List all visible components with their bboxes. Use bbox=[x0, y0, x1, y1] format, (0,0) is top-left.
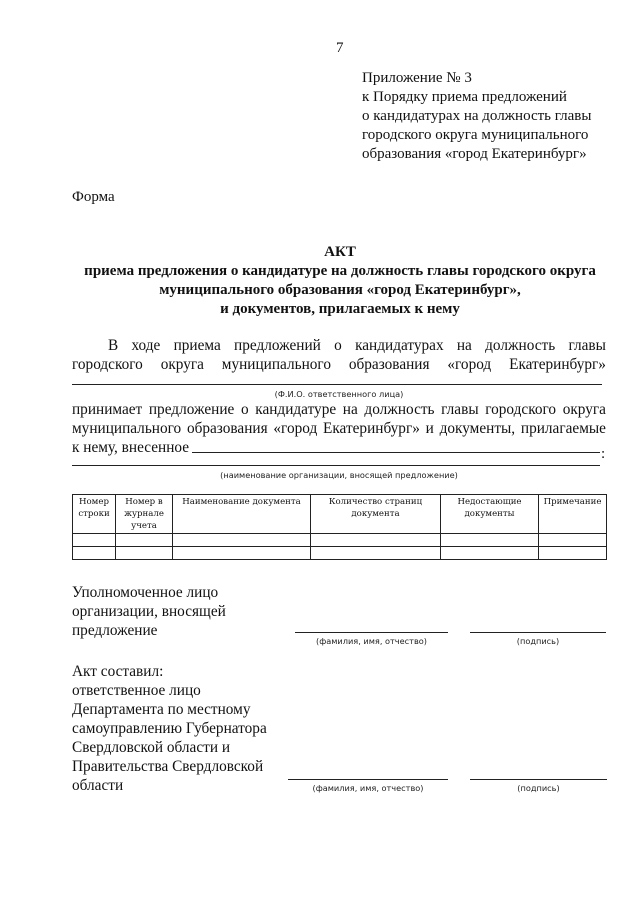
paragraph-line: к нему, внесенное bbox=[72, 438, 606, 457]
table-cell[interactable] bbox=[311, 534, 441, 547]
responsible-person-caption: (Ф.И.О. ответственного лица) bbox=[72, 389, 606, 399]
word: принимает bbox=[72, 400, 142, 419]
justified-line: муниципальногообразования«городЕкатеринб… bbox=[72, 419, 606, 438]
label-line: Правительства Свердловской bbox=[72, 757, 267, 776]
documents-table: Номер строки Номер в журнале учета Наиме… bbox=[72, 494, 607, 560]
word: должность bbox=[364, 400, 434, 419]
column-header-document-name: Наименование документа bbox=[173, 495, 311, 534]
table-cell[interactable] bbox=[539, 534, 607, 547]
title-line: муниципального образования «город Екатер… bbox=[60, 281, 620, 300]
appendix-line: Приложение № 3 bbox=[362, 69, 591, 88]
justified-line: принимаетпредложениеокандидатуренадолжно… bbox=[72, 400, 606, 419]
table-row bbox=[73, 547, 607, 560]
word: Екатеринбург» bbox=[509, 355, 606, 374]
word: предложений bbox=[234, 336, 321, 355]
label-line: предложение bbox=[72, 621, 226, 640]
authorized-person-label: Уполномоченное лицо организации, вносяще… bbox=[72, 583, 226, 640]
word: муниципального bbox=[222, 355, 331, 374]
word: приема bbox=[174, 336, 221, 355]
signature-caption: (подпись) bbox=[470, 636, 606, 646]
appendix-header: Приложение № 3 к Порядку приема предложе… bbox=[362, 69, 591, 164]
word: кандидатурах bbox=[355, 336, 444, 355]
authorized-person-signature-field[interactable] bbox=[470, 632, 606, 633]
word: ходе bbox=[131, 336, 160, 355]
word: предложение bbox=[149, 400, 234, 419]
title-line: приема предложения о кандидатуре на долж… bbox=[60, 262, 620, 281]
justified-line: городскогоокругамуниципальногообразовани… bbox=[72, 355, 606, 374]
word: документы, bbox=[440, 419, 516, 438]
organization-caption: (наименование организации, вносящей пред… bbox=[72, 470, 606, 480]
label-line: самоуправлению Губернатора bbox=[72, 719, 267, 738]
act-compiler-name-field[interactable] bbox=[288, 779, 448, 780]
word: и bbox=[426, 419, 434, 438]
appendix-line: городского округа муниципального bbox=[362, 126, 591, 145]
column-header-missing-documents: Недостающие документы bbox=[441, 495, 539, 534]
column-header-journal-number: Номер в журнале учета bbox=[116, 495, 173, 534]
table-row bbox=[73, 534, 607, 547]
label-line: организации, вносящей bbox=[72, 602, 226, 621]
word: на bbox=[343, 400, 358, 419]
table-cell[interactable] bbox=[173, 547, 311, 560]
paragraph-accepts: принимаетпредложениеокандидатуренадолжно… bbox=[72, 400, 606, 457]
column-header-note: Примечание bbox=[539, 495, 607, 534]
submitter-field-line-2[interactable] bbox=[72, 465, 600, 466]
word: городского bbox=[72, 355, 143, 374]
table-cell[interactable] bbox=[539, 547, 607, 560]
appendix-line: к Порядку приема предложений bbox=[362, 88, 591, 107]
word: прилагаемые bbox=[521, 419, 606, 438]
document-title: АКТ приема предложения о кандидатуре на … bbox=[60, 243, 620, 319]
paragraph-intro: Входеприемапредложенийокандидатурахнадол… bbox=[72, 336, 606, 374]
word: на bbox=[457, 336, 472, 355]
word: о bbox=[241, 400, 249, 419]
word: «город bbox=[447, 355, 491, 374]
table-cell[interactable] bbox=[116, 547, 173, 560]
word: главы bbox=[441, 400, 478, 419]
word: городского bbox=[485, 400, 556, 419]
table-cell[interactable] bbox=[116, 534, 173, 547]
word: муниципального bbox=[72, 419, 181, 438]
word: округа bbox=[563, 400, 606, 419]
name-caption: (фамилия, имя, отчество) bbox=[288, 783, 448, 793]
word: кандидатуре bbox=[255, 400, 336, 419]
label-line: Департамента по местному bbox=[72, 700, 267, 719]
authorized-person-name-field[interactable] bbox=[295, 632, 448, 633]
table-header-row: Номер строки Номер в журнале учета Наиме… bbox=[73, 495, 607, 534]
word: образования bbox=[187, 419, 268, 438]
label-line: области bbox=[72, 776, 267, 795]
name-caption: (фамилия, имя, отчество) bbox=[295, 636, 448, 646]
word: о bbox=[334, 336, 342, 355]
signature-caption: (подпись) bbox=[470, 783, 607, 793]
end-punctuation: : bbox=[601, 446, 605, 463]
act-compiler-signature-field[interactable] bbox=[470, 779, 607, 780]
table-cell[interactable] bbox=[441, 534, 539, 547]
title-heading: АКТ bbox=[60, 243, 620, 262]
title-line: и документов, прилагаемых к нему bbox=[60, 300, 620, 319]
word: главы bbox=[569, 336, 606, 355]
act-compiler-label: Акт составил: ответственное лицо Департа… bbox=[72, 662, 267, 795]
word: Екатеринбург» bbox=[323, 419, 420, 438]
table-cell[interactable] bbox=[73, 534, 116, 547]
word: округа bbox=[161, 355, 204, 374]
label-line: ответственное лицо bbox=[72, 681, 267, 700]
submitter-field-line-1[interactable] bbox=[192, 452, 600, 453]
justified-line: Входеприемапредложенийокандидатурахнадол… bbox=[72, 336, 606, 355]
word: должность bbox=[485, 336, 555, 355]
table-cell[interactable] bbox=[311, 547, 441, 560]
table-cell[interactable] bbox=[73, 547, 116, 560]
appendix-line: образования «город Екатеринбург» bbox=[362, 145, 591, 164]
responsible-person-field[interactable] bbox=[72, 384, 602, 385]
column-header-page-count: Количество страниц документа bbox=[311, 495, 441, 534]
word: «город bbox=[273, 419, 317, 438]
appendix-line: о кандидатурах на должность главы bbox=[362, 107, 591, 126]
table-cell[interactable] bbox=[173, 534, 311, 547]
word: В bbox=[108, 336, 118, 355]
page-number: 7 bbox=[336, 40, 344, 57]
word: образования bbox=[349, 355, 430, 374]
column-header-row-number: Номер строки bbox=[73, 495, 116, 534]
label-line: Свердловской области и bbox=[72, 738, 267, 757]
form-label: Форма bbox=[72, 189, 115, 206]
label-line: Уполномоченное лицо bbox=[72, 583, 226, 602]
table-cell[interactable] bbox=[441, 547, 539, 560]
label-line: Акт составил: bbox=[72, 662, 267, 681]
